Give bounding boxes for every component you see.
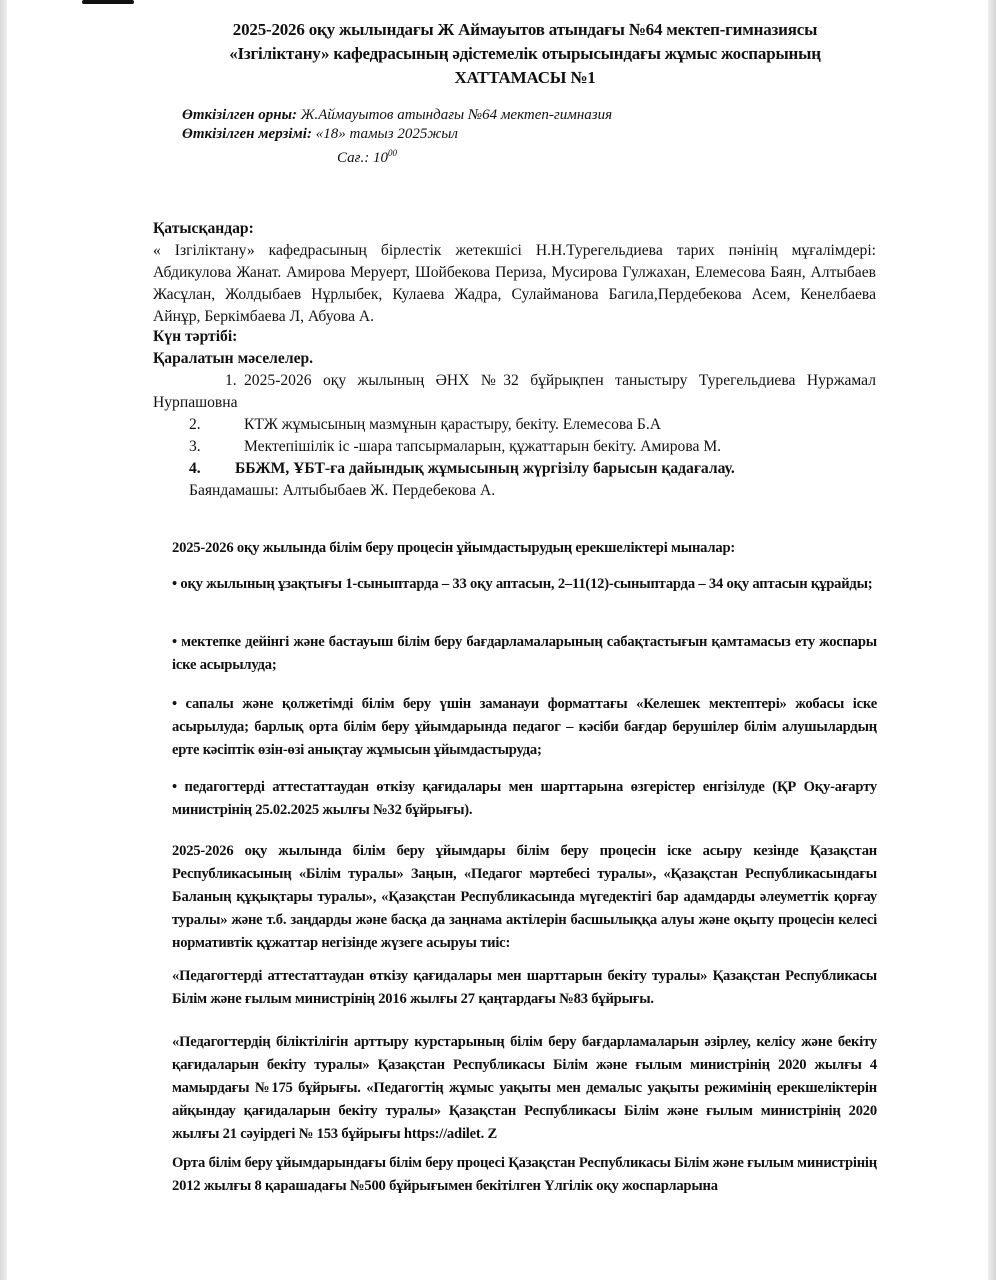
meeting-meta: Өткізілген орны: Ж.Аймауытов атындағы №6… — [182, 106, 612, 168]
agenda-item-3: 3.Мектепішілік іс -шара тапсырмаларын, қ… — [153, 436, 876, 458]
title-line-2: «Ізгіліктану» кафедрасының әдістемелік о… — [150, 42, 900, 66]
agenda-item-4: 4.ББЖМ, ҰБТ-ға дайындық жұмысының жүргіз… — [153, 458, 876, 480]
agenda-heading: Күн тәртібі: — [153, 326, 876, 348]
body-intro: 2025-2026 оқу жылында білім беру процесі… — [172, 537, 877, 560]
date-label: Өткізілген мерзімі: — [182, 126, 312, 142]
bullet-4: • педагогтерді аттестаттаудан өткізу қағ… — [172, 776, 877, 822]
document-title: 2025-2026 оқу жылындағы Ж Аймауытов атын… — [150, 18, 900, 90]
document-page: 2025-2026 оқу жылындағы Ж Аймауытов атын… — [0, 0, 996, 1280]
agenda-item-2: 2.КТЖ жұмысының мазмұнын қарастыру, бекі… — [153, 414, 876, 436]
place-label: Өткізілген орны: — [182, 107, 297, 123]
agenda-speakers: Баяндамашы: Алтыбыбаев Ж. Пердебекова А. — [153, 480, 876, 502]
paragraph-orders-175-153: «Педагогтердің біліктілігін арттыру курс… — [172, 1031, 877, 1146]
time-minutes: 00 — [388, 148, 397, 158]
bullet-1: • оқу жылының ұзақтығы 1-сыныптарда – 33… — [172, 573, 877, 596]
participants-section: Қатысқандар: « Ізгіліктану» кафедрасының… — [153, 218, 876, 328]
meeting-place: Өткізілген орны: Ж.Аймауытов атындағы №6… — [182, 106, 612, 125]
agenda-list: 1.2025-2026 оқу жылының ӘНХ №32 бұйрықпе… — [153, 370, 876, 502]
time-label: Сағ.: 10 — [337, 150, 388, 166]
agenda-heading-block: Күн тәртібі: Қаралатын мәселелер. — [153, 326, 876, 370]
agenda-subheading: Қаралатын мәселелер. — [153, 348, 876, 370]
meeting-time: Сағ.: 1000 — [182, 144, 612, 168]
title-line-1: 2025-2026 оқу жылындағы Ж Аймауытов атын… — [150, 18, 900, 42]
date-value: «18» тамыз 2025жыл — [316, 126, 458, 142]
participants-heading: Қатысқандар: — [153, 218, 876, 240]
paragraph-order-83: «Педагогтерді аттестаттаудан өткізу қағи… — [172, 965, 877, 1011]
meeting-date: Өткізілген мерзімі: «18» тамыз 2025жыл — [182, 125, 612, 144]
paragraph-laws: 2025-2026 оқу жылында білім беру ұйымдар… — [172, 840, 877, 955]
place-value: Ж.Аймауытов атындағы №64 мектеп-гимназия — [301, 107, 612, 123]
agenda-item-1: 1.2025-2026 оқу жылының ӘНХ №32 бұйрықпе… — [153, 370, 876, 414]
participants-text: « Ізгіліктану» кафедрасының бірлестік же… — [153, 240, 876, 328]
paragraph-order-500: Орта білім беру ұйымдарындағы білім беру… — [172, 1152, 877, 1198]
bullet-3: • сапалы және қолжетімді білім беру үшін… — [172, 693, 877, 762]
bullet-2: • мектепке дейінгі және бастауыш білім б… — [172, 631, 877, 677]
title-line-3: ХАТТАМАСЫ №1 — [150, 66, 900, 90]
